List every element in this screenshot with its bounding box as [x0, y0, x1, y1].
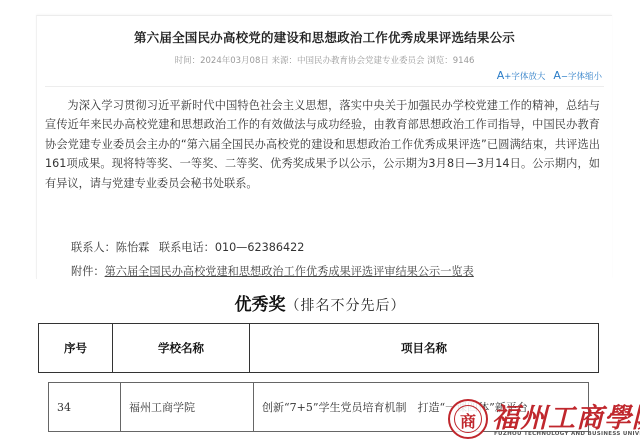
article-panel: 第六届全国民办高校党的建设和思想政治工作优秀成果评选结果公示 时间：2024年0… [36, 15, 612, 279]
article-title: 第六届全国民办高校党的建设和思想政治工作优秀成果评选结果公示 [37, 28, 612, 46]
font-enlarge-label: +字体放大 [504, 72, 545, 82]
logo-name-en: FUZHOU TECHNOLOGY AND BUSINESS UNIVERSIT… [494, 431, 640, 437]
font-shrink-button[interactable]: A−字体缩小 [553, 69, 602, 82]
award-table-header: 序号 学校名称 项目名称 [38, 323, 599, 373]
attachment-line: 附件：第六届全国民办高校党建和思想政治工作优秀成果评选评审结果公示一览表 [71, 263, 474, 279]
contact-line: 联系人：陈怡霖 联系电话：010—62386422 [71, 239, 304, 255]
font-shrink-label: −字体缩小 [561, 72, 602, 82]
seal-glyph: 商 [450, 409, 486, 432]
article-body: 为深入学习贯彻习近平新时代中国特色社会主义思想，落实中央关于加强民办学校党建工作… [45, 96, 600, 193]
font-shrink-icon: A [553, 69, 561, 82]
school-logo: 商 福州工商學院 FUZHOU TECHNOLOGY AND BUSINESS … [448, 398, 640, 440]
column-header-school: 学校名称 [113, 324, 250, 373]
column-header-project: 项目名称 [250, 324, 599, 373]
article-meta: 时间：2024年03月08日 来源：中国民办教育协会党建专业委员会 浏览：914… [37, 54, 612, 66]
meta-divider [45, 86, 604, 87]
font-enlarge-button[interactable]: A+字体放大 [497, 69, 546, 82]
font-size-controls: A+字体放大 A−字体缩小 [497, 69, 602, 82]
row-school: 福州工商学院 [121, 383, 254, 432]
contact-person: 联系人：陈怡霖 [71, 241, 149, 254]
column-header-index: 序号 [39, 324, 113, 373]
school-seal-icon: 商 [448, 399, 488, 439]
attachment-link[interactable]: 第六届全国民办高校党建和思想政治工作优秀成果评选评审结果公示一览表 [105, 265, 474, 278]
award-heading: 优秀奖（排名不分先后） [0, 290, 640, 315]
logo-name-cn: 福州工商學院 [492, 396, 640, 435]
row-index: 34 [49, 383, 121, 432]
award-subtitle: （排名不分先后） [286, 298, 406, 314]
attachment-label: 附件： [71, 265, 105, 278]
contact-phone: 联系电话：010—62386422 [159, 241, 304, 254]
award-title: 优秀奖 [235, 295, 286, 315]
